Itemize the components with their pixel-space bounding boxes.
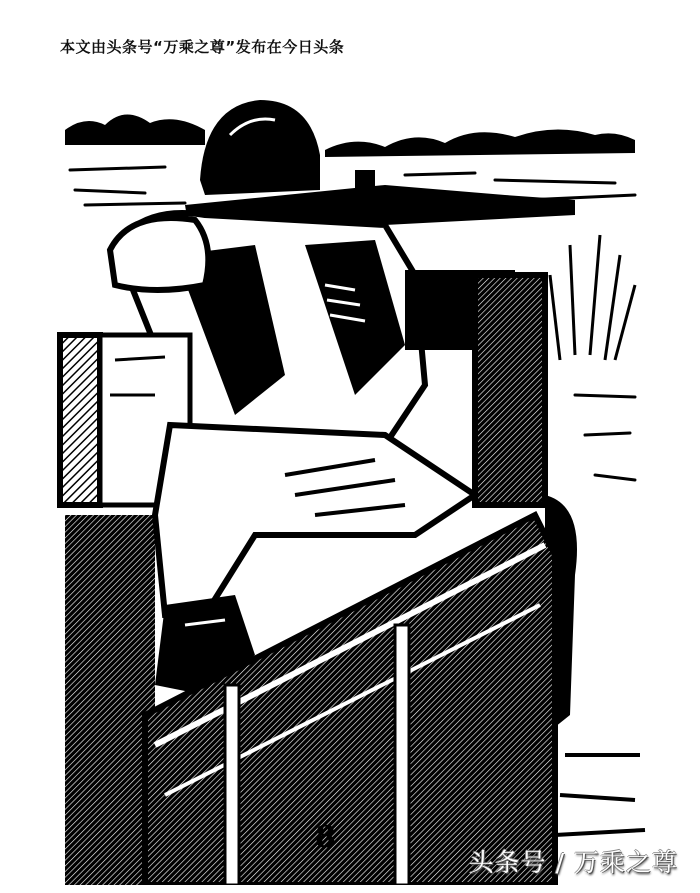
figure-number: 8 — [315, 820, 336, 855]
reeds — [550, 235, 635, 360]
soldier-illustration — [55, 95, 655, 885]
helmet — [200, 100, 320, 195]
watermark: 头条号 / 万乘之尊 — [469, 843, 678, 879]
treeline — [65, 114, 635, 157]
page-caption: 本文由头条号“万乘之尊”发布在今日头条 — [60, 36, 344, 57]
